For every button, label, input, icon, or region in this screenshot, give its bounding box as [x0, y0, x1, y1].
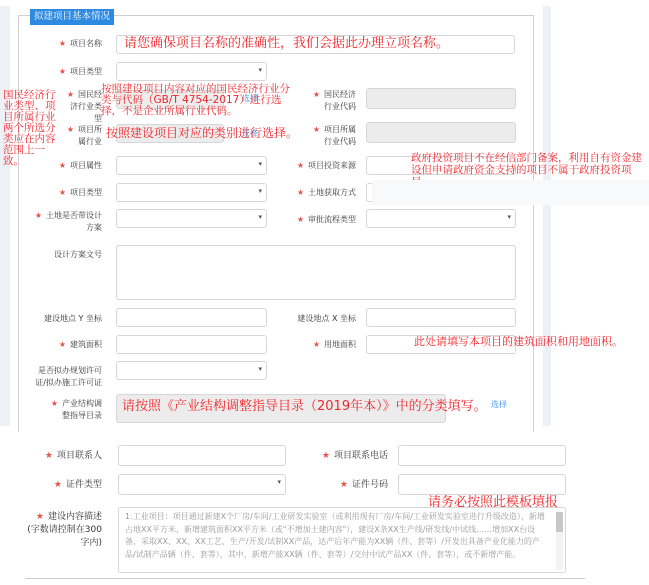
building-area-input[interactable]	[116, 335, 267, 354]
land-design-plan-select[interactable]	[116, 209, 267, 228]
project-basic-info-panel: 拟建项目基本情况 ★项目名称 请您确保项目名称的准确性，我们会据此办理立项名称。…	[0, 0, 649, 432]
required-star-icon: ★	[322, 451, 330, 461]
id-type-select[interactable]	[118, 474, 286, 495]
right-scroll-gutter	[543, 6, 551, 426]
project-attribute-select[interactable]	[116, 156, 267, 175]
required-star-icon: ★	[67, 90, 74, 99]
required-star-icon: ★	[297, 215, 304, 224]
required-star-icon: ★	[51, 399, 58, 408]
id-number-input[interactable]	[398, 474, 566, 495]
label-id-type: ★证件类型	[30, 479, 102, 492]
label-land-area: ★用地面积	[292, 339, 356, 351]
scrollbar-thumb[interactable]	[556, 512, 563, 532]
label-contact-person: ★项目联系人	[30, 450, 102, 463]
required-star-icon: ★	[313, 340, 320, 349]
required-star-icon: ★	[54, 480, 62, 490]
label-industry-catalog: ★产业结构调整指导目录	[50, 398, 102, 422]
label-y-coord: 建设地点 Y 坐标	[30, 313, 102, 325]
description-placeholder: 1.工业项目：项目通过新建X个厂房/车间/工业研发实验室（或利用现有厂房/车间/…	[119, 508, 565, 561]
label-project-attribute: ★项目属性	[40, 160, 102, 172]
national-industry-code-input[interactable]	[366, 88, 516, 109]
required-star-icon: ★	[59, 340, 66, 349]
description-textarea[interactable]: 1.工业项目：项目通过新建X个厂房/车间/工业研发实验室（或利用现有厂房/车间/…	[118, 507, 566, 573]
left-scroll-gutter	[0, 6, 10, 426]
label-building-area: ★建筑面积	[40, 339, 102, 351]
label-national-industry-type: ★国民经济行业类型	[64, 89, 102, 125]
label-x-coord: 建设地点 X 坐标	[285, 313, 356, 325]
design-doc-no-textarea[interactable]	[116, 245, 516, 300]
x-coord-input[interactable]	[366, 308, 516, 327]
required-star-icon: ★	[313, 90, 320, 99]
label-land-design-plan: ★土地是否带设计方案	[30, 210, 102, 234]
required-star-icon: ★	[59, 161, 66, 170]
contact-person-input[interactable]	[118, 445, 286, 466]
permit-select[interactable]	[116, 361, 267, 380]
y-coord-input[interactable]	[116, 308, 267, 327]
label-contact-phone: ★项目联系电话	[300, 450, 388, 463]
tooltip-overlay	[372, 180, 649, 205]
national-industry-type-select-link[interactable]: 选择	[242, 93, 258, 104]
label-description: ★建设内容描述 (字数请控制在300 字内)	[20, 511, 102, 550]
project-industry-select-link[interactable]: 选择	[242, 128, 258, 139]
required-star-icon: ★	[35, 211, 42, 220]
label-approval-process-type: ★审批流程类型	[292, 214, 356, 226]
required-star-icon: ★	[59, 39, 66, 48]
industry-catalog-note: 请按照《产业结构调整指导目录（2019年本）》中的分类填写。	[122, 398, 487, 415]
required-star-icon: ★	[313, 125, 320, 134]
project-industry-note: 按照建设项目对应的类别进行选择。	[106, 126, 298, 140]
label-national-industry-code: ★国民经济行业代码	[308, 89, 356, 113]
label-id-number: ★证件号码	[300, 479, 388, 492]
description-scrollbar[interactable]	[556, 512, 563, 570]
divider	[25, 578, 585, 579]
label-design-doc-no: 设计方案文号	[40, 249, 102, 261]
required-star-icon: ★	[45, 451, 53, 461]
required-star-icon: ★	[36, 512, 44, 522]
section-title: 拟建项目基本情况	[30, 9, 114, 25]
label-project-name: ★项目名称	[40, 38, 102, 50]
required-star-icon: ★	[340, 480, 348, 490]
required-star-icon: ★	[297, 161, 304, 170]
label-land-acquisition: ★土地获取方式	[292, 187, 356, 199]
project-industry-code-input[interactable]	[366, 122, 516, 143]
project-type-2-select[interactable]	[116, 183, 267, 202]
required-star-icon: ★	[297, 188, 304, 197]
required-star-icon: ★	[59, 67, 66, 76]
area-annotation: 此处请填写本项目的建筑面积和用地面积。	[414, 336, 623, 347]
label-project-industry-code: ★项目所属行业代码	[308, 124, 356, 148]
required-star-icon: ★	[59, 188, 66, 197]
industry-catalog-select-link[interactable]: 选择	[491, 399, 507, 410]
project-type-select[interactable]	[116, 62, 267, 81]
required-star-icon: ★	[67, 125, 74, 134]
project-name-note: 请您确保项目名称的准确性，我们会据此办理立项名称。	[124, 35, 449, 52]
approval-process-type-select[interactable]	[366, 209, 516, 228]
label-investment-source: ★项目投资来源	[292, 160, 356, 172]
label-project-industry: ★项目所属行业	[64, 124, 102, 148]
contact-phone-input[interactable]	[398, 445, 566, 466]
label-project-type-2: ★项目类型	[40, 187, 102, 199]
label-project-type: ★项目类型	[40, 66, 102, 78]
left-annotation: 国民经济行业类型、项目所属行业两个所选分类应在内容范围上一致。	[3, 90, 65, 167]
label-permit: 是否拟办规划许可证/拟办施工许可证	[30, 365, 102, 389]
national-industry-type-note: 按照建设项目内容对应的国民经济行业分类与代码（GB/T 4754-2017）进行…	[101, 84, 297, 117]
